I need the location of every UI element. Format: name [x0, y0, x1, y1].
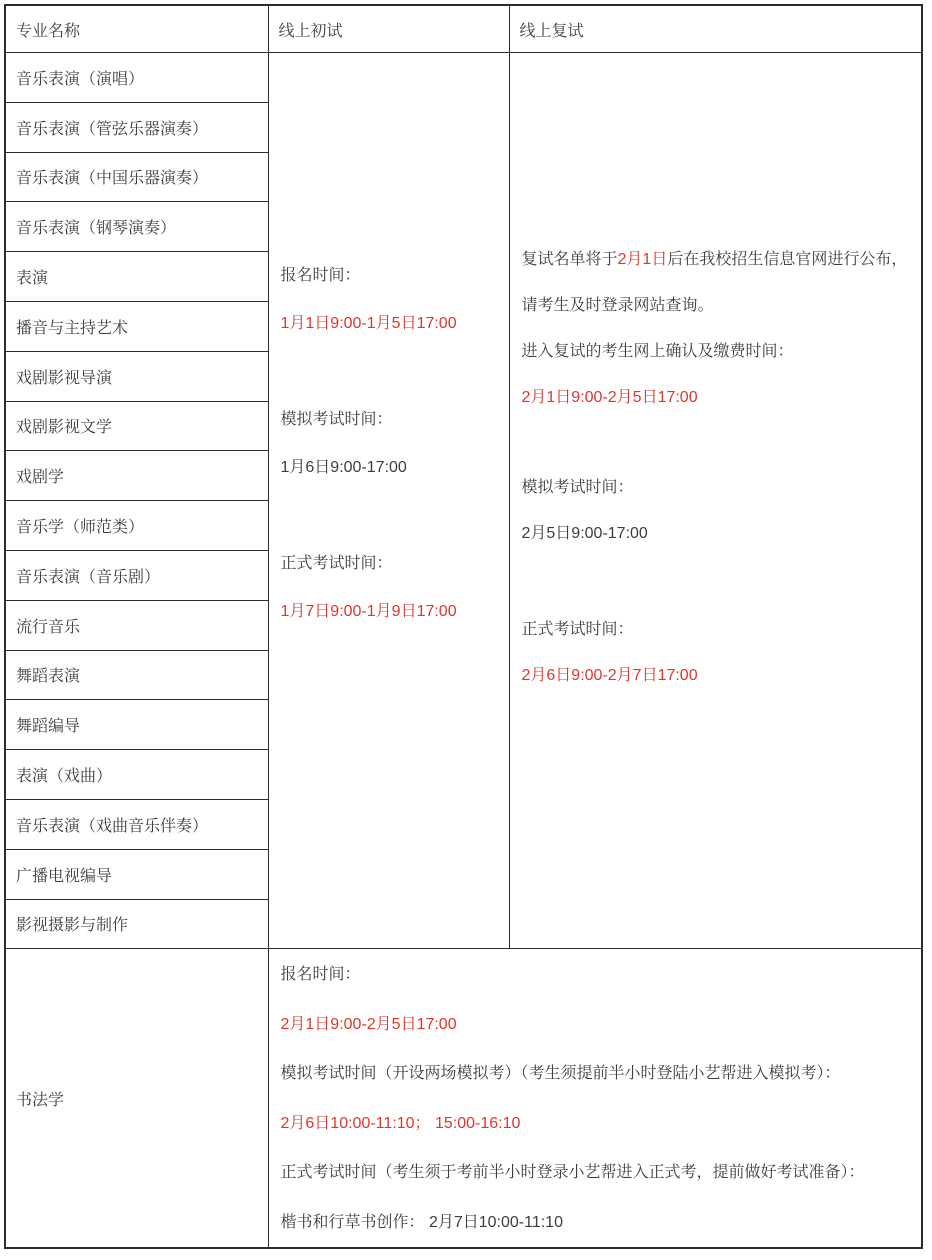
registration-time-label: 报名时间： [281, 252, 499, 300]
official-exam-time-label: 正式考试时间： [522, 607, 918, 653]
exam-schedule-table: 专业名称 线上初试 线上复试 音乐表演（演唱） 报名时间： 1月1日9:00-1… [4, 4, 923, 1249]
major-cell: 流行音乐 [5, 600, 268, 650]
major-cell: 音乐表演（演唱） [5, 53, 268, 103]
major-cell: 戏剧影视文学 [5, 401, 268, 451]
notice-date: 2月1日 [618, 251, 668, 268]
registration-time-label: 报名时间： [281, 950, 912, 1000]
major-cell: 音乐表演（音乐剧） [5, 550, 268, 600]
registration-time-value: 2月1日9:00-2月5日17:00 [281, 1000, 912, 1050]
table-row: 音乐表演（演唱） 报名时间： 1月1日9:00-1月5日17:00 模拟考试时间… [5, 53, 922, 103]
header-cell-major: 专业名称 [5, 5, 268, 53]
confirm-payment-value: 2月1日9:00-2月5日17:00 [522, 375, 918, 421]
second-round-cell: 复试名单将于2月1日后在我校招生信息官网进行公布，请考生及时登录网站查询。 进入… [509, 53, 922, 949]
spacer [281, 492, 499, 540]
first-round-cell: 报名时间： 1月1日9:00-1月5日17:00 模拟考试时间： 1月6日9:0… [268, 53, 509, 949]
registration-time-value: 1月1日9:00-1月5日17:00 [281, 300, 499, 348]
major-cell: 戏剧影视导演 [5, 351, 268, 401]
mock-exam-time-label: 模拟考试时间： [281, 396, 499, 444]
mock-exam-time-value: 2月6日10:00-11:10； 15:00-16:10 [281, 1099, 912, 1149]
major-cell: 音乐学（师范类） [5, 501, 268, 551]
mock-exam-time-label: 模拟考试时间（开设两场模拟考）（考生须提前半小时登陆小艺帮进入模拟考）： [281, 1049, 912, 1099]
major-cell: 舞蹈表演 [5, 650, 268, 700]
official-exam-time-label: 正式考试时间（考生须于考前半小时登录小艺帮进入正式考，提前做好考试准备）： [281, 1148, 912, 1198]
major-cell: 戏剧学 [5, 451, 268, 501]
major-cell: 影视摄影与制作 [5, 899, 268, 949]
mock-exam-time-value: 2月5日9:00-17:00 [522, 511, 918, 557]
major-cell: 表演（戏曲） [5, 750, 268, 800]
confirm-payment-label: 进入复试的考生网上确认及缴费时间： [522, 329, 918, 375]
header-cell-second-round: 线上复试 [509, 5, 922, 53]
major-cell: 音乐表演（中国乐器演奏） [5, 152, 268, 202]
notice-prefix: 复试名单将于 [522, 251, 618, 268]
major-cell: 广播电视编导 [5, 849, 268, 899]
official-exam-time-label: 正式考试时间： [281, 540, 499, 588]
spacer [281, 348, 499, 396]
spacer [522, 557, 918, 607]
official-exam-time-value: 2月6日9:00-2月7日17:00 [522, 653, 918, 699]
major-cell: 舞蹈编导 [5, 700, 268, 750]
header-row: 专业名称 线上初试 线上复试 [5, 5, 922, 53]
second-round-notice: 复试名单将于2月1日后在我校招生信息官网进行公布，请考生及时登录网站查询。 [522, 237, 918, 329]
header-cell-first-round: 线上初试 [268, 5, 509, 53]
mock-exam-time-value: 1月6日9:00-17:00 [281, 444, 499, 492]
official-exam-time-value: 楷书和行草书创作： 2月7日10:00-11:10 [281, 1198, 912, 1248]
official-exam-time-value: 1月7日9:00-1月9日17:00 [281, 588, 499, 636]
major-cell: 表演 [5, 252, 268, 302]
major-cell: 书法学 [5, 949, 268, 1249]
spacer [522, 421, 918, 465]
major-cell: 播音与主持艺术 [5, 301, 268, 351]
mock-exam-time-label: 模拟考试时间： [522, 465, 918, 511]
calligraphy-schedule-cell: 报名时间： 2月1日9:00-2月5日17:00 模拟考试时间（开设两场模拟考）… [268, 949, 922, 1249]
major-cell: 音乐表演（管弦乐器演奏） [5, 102, 268, 152]
calligraphy-row: 书法学 报名时间： 2月1日9:00-2月5日17:00 模拟考试时间（开设两场… [5, 949, 922, 1249]
major-cell: 音乐表演（戏曲音乐伴奏） [5, 799, 268, 849]
major-cell: 音乐表演（钢琴演奏） [5, 202, 268, 252]
